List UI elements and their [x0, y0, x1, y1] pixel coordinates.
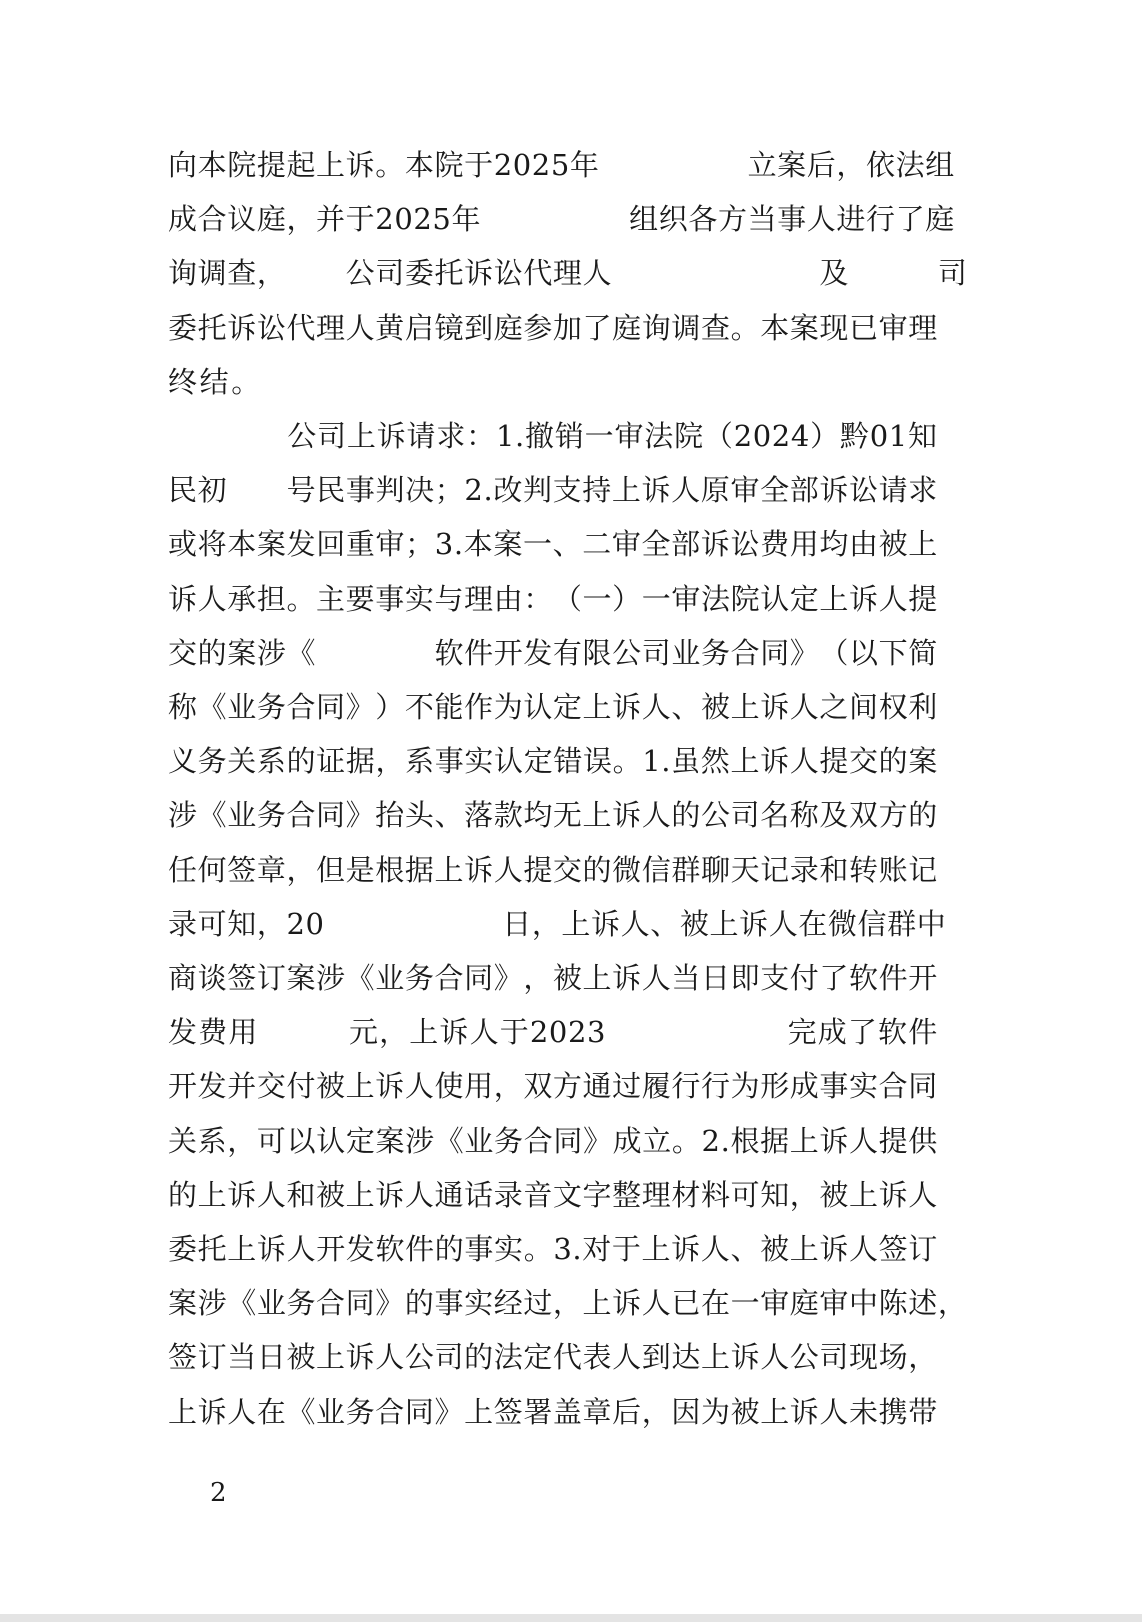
glyph: 了: [583, 308, 613, 348]
glyph: 被: [819, 1175, 849, 1215]
glyph: [405, 633, 435, 673]
glyph: 方: [718, 199, 748, 239]
glyph: [413, 904, 443, 944]
glyph: 诉: [227, 308, 257, 348]
glyph: 依: [866, 145, 896, 185]
glyph: 系: [405, 741, 435, 781]
glyph: ，: [257, 904, 287, 944]
glyph: [637, 1012, 667, 1052]
glyph: 诉: [819, 1229, 849, 1269]
glyph: 件: [908, 1012, 938, 1052]
glyph: 署: [523, 1392, 553, 1432]
glyph: 2025: [375, 199, 451, 239]
glyph: 行: [671, 1066, 701, 1106]
glyph: 诉: [819, 1121, 849, 1161]
glyph: [198, 416, 228, 456]
glyph: 的: [287, 741, 317, 781]
glyph: [879, 253, 909, 293]
glyph: 》: [346, 687, 376, 727]
glyph: 认: [760, 579, 790, 619]
glyph: 与: [434, 579, 464, 619]
glyph: 过: [612, 1066, 642, 1106]
glyph: [908, 253, 938, 293]
glyph: 委: [168, 308, 198, 348]
glyph: 实: [405, 579, 435, 619]
glyph: 履: [642, 1066, 672, 1106]
glyph: 知: [908, 416, 938, 456]
glyph: 人: [405, 1066, 435, 1106]
glyph: 上: [612, 470, 642, 510]
glyph: 》: [583, 1121, 613, 1161]
glyph: 天: [731, 850, 761, 890]
glyph: 审: [760, 1283, 790, 1323]
text-line: 委托诉讼代理人黄启镜到庭参加了庭询调查。本案现已审理: [168, 308, 938, 348]
glyph: [671, 253, 701, 293]
glyph: 诉: [760, 687, 790, 727]
glyph: 2024: [734, 416, 810, 456]
glyph: 业: [671, 633, 701, 673]
glyph: 不: [405, 687, 435, 727]
glyph: [697, 1012, 727, 1052]
glyph: 义: [168, 741, 198, 781]
glyph: 使: [434, 1066, 464, 1106]
glyph: 院: [674, 416, 704, 456]
glyph: 同: [464, 958, 494, 998]
glyph: 、: [434, 795, 464, 835]
text-line: 向本院提起上诉。本院于2025年 立案后，依法组: [168, 145, 938, 185]
glyph: 上: [316, 1337, 346, 1377]
glyph: 织: [659, 199, 689, 239]
glyph: 误: [583, 741, 613, 781]
glyph: ）: [612, 579, 642, 619]
glyph: 院: [227, 145, 257, 185]
glyph: 录: [494, 1175, 524, 1215]
glyph: 于: [500, 1012, 530, 1052]
glyph: 件: [405, 1229, 435, 1269]
glyph: 上: [409, 1012, 439, 1052]
glyph: 委: [168, 1229, 198, 1269]
glyph: ，: [553, 1283, 583, 1323]
glyph: [473, 904, 503, 944]
glyph: 担: [257, 579, 287, 619]
glyph: 理: [316, 308, 346, 348]
glyph: 合: [286, 687, 316, 727]
glyph: 委: [405, 253, 435, 293]
glyph: 进: [836, 199, 866, 239]
glyph: 以: [849, 633, 879, 673]
glyph: 交: [849, 741, 879, 781]
glyph: 达: [671, 1337, 701, 1377]
glyph: 签: [168, 1337, 198, 1377]
glyph: 起: [286, 145, 316, 185]
glyph: 上: [790, 1229, 820, 1269]
glyph: ，: [938, 1283, 968, 1323]
glyph: 判: [375, 470, 405, 510]
glyph: 聊: [701, 850, 731, 890]
glyph: 法: [494, 1337, 524, 1377]
glyph: 事: [375, 579, 405, 619]
glyph: 要: [346, 579, 376, 619]
glyph: 同: [316, 687, 346, 727]
glyph: 上: [198, 1175, 228, 1215]
glyph: 认: [316, 1121, 346, 1161]
glyph: 合: [731, 633, 761, 673]
glyph: 二: [582, 524, 612, 564]
glyph: 1.: [642, 741, 671, 781]
glyph: 务: [257, 795, 287, 835]
glyph: 参: [523, 308, 553, 348]
glyph: 组: [925, 145, 955, 185]
glyph: 组: [629, 199, 659, 239]
glyph: 回: [316, 524, 346, 564]
glyph: 定: [553, 687, 583, 727]
glyph: 初: [198, 470, 228, 510]
glyph: 本: [760, 308, 790, 348]
glyph: 因: [671, 1392, 701, 1432]
glyph: 原: [701, 470, 731, 510]
glyph: 中: [917, 904, 947, 944]
glyph: 行: [701, 1066, 731, 1106]
glyph: 有: [553, 633, 583, 673]
glyph: 交: [257, 1066, 287, 1106]
glyph: 务: [701, 633, 731, 673]
glyph: 调: [198, 253, 228, 293]
glyph: 人: [819, 1392, 849, 1432]
glyph: 人: [494, 850, 524, 890]
glyph: 托: [198, 1229, 228, 1269]
glyph: 被: [760, 1229, 790, 1269]
glyph: 》: [494, 958, 524, 998]
document-page: 向本院提起上诉。本院于2025年 立案后，依法组成合议庭，并于2025年 组织各…: [0, 0, 1142, 1614]
glyph: 的: [908, 795, 938, 835]
glyph: 上: [701, 1337, 731, 1377]
glyph: 镜: [434, 308, 464, 348]
glyph: 对: [582, 1229, 612, 1269]
glyph: 未: [849, 1392, 879, 1432]
glyph: 司: [731, 795, 761, 835]
glyph: 被: [731, 1392, 761, 1432]
glyph: 01: [870, 416, 908, 456]
glyph: 《: [435, 1121, 465, 1161]
glyph: 审: [819, 1283, 849, 1323]
glyph: [346, 633, 376, 673]
glyph: （: [704, 416, 734, 456]
glyph: 及: [819, 253, 849, 293]
glyph: 法: [701, 579, 731, 619]
glyph: 求: [436, 416, 466, 456]
glyph: 合: [375, 1392, 405, 1432]
glyph: ，: [286, 199, 316, 239]
glyph: 到: [464, 308, 494, 348]
glyph: 付: [790, 958, 820, 998]
glyph: 诉: [731, 1337, 761, 1377]
glyph: 2.: [464, 470, 493, 510]
text-line: 委托上诉人开发软件的事实。3.对于上诉人、被上诉人签订: [168, 1229, 938, 1269]
glyph: 订: [257, 958, 287, 998]
glyph: 完: [788, 1012, 818, 1052]
glyph: [540, 199, 570, 239]
glyph: 销: [555, 416, 585, 456]
glyph: 事: [434, 1283, 464, 1323]
glyph: ，: [494, 1066, 524, 1106]
glyph: 支: [553, 470, 583, 510]
glyph: 被: [553, 958, 583, 998]
glyph: 诉: [612, 687, 642, 727]
glyph: [257, 470, 287, 510]
glyph: 院: [731, 579, 761, 619]
text-line: 公司上诉请求：1.撤销一审法院（2024）黔01知: [168, 416, 938, 456]
glyph: 录: [790, 850, 820, 890]
glyph: 诉: [701, 524, 731, 564]
glyph: 《: [346, 958, 376, 998]
glyph: 人: [879, 579, 909, 619]
glyph: 诉: [198, 1392, 228, 1432]
glyph: 然: [701, 741, 731, 781]
glyph: [600, 145, 630, 185]
glyph: 同: [316, 795, 346, 835]
glyph: 讼: [849, 470, 879, 510]
glyph: ）: [810, 416, 840, 456]
glyph: 了: [896, 199, 926, 239]
glyph: 记: [760, 850, 790, 890]
glyph: 上: [908, 524, 938, 564]
text-line: 上诉人在《业务合同》上签署盖章后，因为被上诉人未携带: [168, 1392, 938, 1432]
glyph: 章: [257, 850, 287, 890]
glyph: 、: [553, 524, 583, 564]
glyph: 诉: [375, 1175, 405, 1215]
glyph: 终: [168, 362, 198, 402]
glyph: ，: [523, 958, 553, 998]
glyph: 的: [879, 741, 909, 781]
glyph: 庭: [257, 199, 287, 239]
glyph: 业: [464, 1121, 494, 1161]
glyph: 实: [494, 1229, 524, 1269]
glyph: 定: [790, 579, 820, 619]
glyph: 一: [731, 1283, 761, 1323]
glyph: 中: [849, 1283, 879, 1323]
glyph: 日: [701, 958, 731, 998]
glyph: 将: [198, 524, 228, 564]
glyph: 、: [650, 904, 680, 944]
glyph: [629, 145, 659, 185]
glyph: 启: [405, 308, 435, 348]
glyph: 事: [346, 470, 376, 510]
glyph: 可: [198, 904, 228, 944]
glyph: 上: [849, 1175, 879, 1215]
glyph: 上: [464, 1392, 494, 1432]
glyph: 上: [583, 795, 613, 835]
text-line: 开发并交付被上诉人使用，双方通过履行行为形成事实合同: [168, 1066, 938, 1106]
glyph: 。: [731, 308, 761, 348]
glyph: 调: [671, 308, 701, 348]
glyph: 查: [227, 253, 257, 293]
glyph: 无: [553, 795, 583, 835]
glyph: 诉: [790, 1392, 820, 1432]
glyph: 理: [908, 308, 938, 348]
glyph: 上: [316, 145, 346, 185]
glyph: 议: [227, 199, 257, 239]
text-line: 或将本案发回重审；3.本案一、二审全部诉讼费用均由被上: [168, 524, 938, 564]
glyph: 根: [730, 1121, 760, 1161]
glyph: 已: [849, 308, 879, 348]
glyph: 称: [790, 795, 820, 835]
glyph: 付: [286, 1066, 316, 1106]
glyph: 全: [760, 470, 790, 510]
glyph: 或: [168, 524, 198, 564]
glyph: 上: [583, 958, 613, 998]
glyph: 务: [405, 958, 435, 998]
glyph: 承: [227, 579, 257, 619]
glyph: 司: [642, 633, 672, 673]
viewer-bottom-edge: [0, 1614, 1142, 1622]
glyph: [286, 253, 316, 293]
glyph: ，: [532, 904, 562, 944]
glyph: 提: [523, 850, 553, 890]
glyph: 当: [227, 1337, 257, 1377]
glyph: 立: [748, 145, 778, 185]
glyph: 字: [583, 1175, 613, 1215]
glyph: 业: [375, 958, 405, 998]
glyph: 据: [346, 741, 376, 781]
glyph: 转: [849, 850, 879, 890]
glyph: 诉: [375, 1066, 405, 1106]
glyph: 形: [760, 1066, 790, 1106]
glyph: 结: [200, 362, 230, 402]
glyph: 定: [524, 741, 554, 781]
glyph: 信: [858, 904, 888, 944]
text-line: 诉人承担。主要事实与理由：（一）一审法院认定上诉人提: [168, 579, 938, 619]
glyph: 方: [553, 1066, 583, 1106]
glyph: [375, 633, 405, 673]
glyph: 改: [493, 470, 523, 510]
glyph: 章: [583, 1392, 613, 1432]
glyph: 司: [819, 1337, 849, 1377]
glyph: 作: [464, 687, 494, 727]
glyph: 提: [879, 1121, 909, 1161]
glyph: 人: [405, 1175, 435, 1215]
glyph: 由: [494, 579, 524, 619]
glyph: 整: [612, 1175, 642, 1215]
glyph: 关: [227, 741, 257, 781]
glyph: 诉: [464, 850, 494, 890]
glyph: 上: [346, 1066, 376, 1106]
glyph: 间: [849, 687, 879, 727]
glyph: 审: [375, 524, 405, 564]
glyph: 到: [642, 1337, 672, 1377]
glyph: 持: [582, 470, 612, 510]
glyph: 软: [849, 958, 879, 998]
glyph: 用: [790, 524, 820, 564]
glyph: 文: [553, 1175, 583, 1215]
glyph: 诉: [612, 795, 642, 835]
glyph: 成: [790, 1066, 820, 1106]
glyph: ，: [836, 145, 866, 185]
glyph: 黔: [840, 416, 870, 456]
text-line: 称《业务合同》）不能作为认定上诉人、被上诉人之间权利: [168, 687, 938, 727]
glyph: 院: [434, 145, 464, 185]
glyph: 同: [760, 633, 790, 673]
glyph: [316, 633, 346, 673]
glyph: 庭: [612, 308, 642, 348]
glyph: 撤: [525, 416, 555, 456]
glyph: 发: [346, 1229, 376, 1269]
glyph: 部: [671, 524, 701, 564]
glyph: 人: [198, 579, 228, 619]
glyph: 。: [672, 1121, 702, 1161]
glyph: 业: [227, 795, 257, 835]
text-line: 义务关系的证据，系事实认定错误。1.虽然上诉人提交的案: [168, 741, 938, 781]
glyph: 。: [231, 362, 261, 402]
glyph: 签: [494, 1392, 524, 1432]
glyph: [642, 253, 672, 293]
glyph: 诉: [591, 904, 621, 944]
glyph: 讼: [730, 524, 760, 564]
glyph: 据: [405, 850, 435, 890]
glyph: 合: [316, 1283, 346, 1323]
glyph: 支: [760, 958, 790, 998]
glyph: 公: [790, 1337, 820, 1377]
glyph: 诉: [612, 958, 642, 998]
glyph: 交: [168, 633, 198, 673]
glyph: 均: [819, 524, 849, 564]
glyph: 判: [523, 470, 553, 510]
glyph: 《: [198, 795, 228, 835]
glyph: 诉: [346, 1337, 376, 1377]
glyph: 一: [585, 416, 615, 456]
glyph: [600, 199, 630, 239]
glyph: 加: [553, 308, 583, 348]
glyph: 诉: [377, 416, 407, 456]
glyph: 案: [168, 1283, 198, 1323]
glyph: 司: [938, 253, 968, 293]
text-line: 签订当日被上诉人公司的法定代表人到达上诉人公司现场，: [168, 1337, 938, 1377]
glyph: 交: [553, 850, 583, 890]
glyph: 陈: [879, 1283, 909, 1323]
text-line: 终结。: [168, 362, 938, 402]
glyph: 《: [286, 1392, 316, 1432]
glyph: 诉: [760, 741, 790, 781]
glyph: 务: [198, 741, 228, 781]
glyph: 人: [612, 1337, 642, 1377]
glyph: 元: [349, 1012, 379, 1052]
glyph: 开: [316, 1229, 346, 1269]
glyph: 司: [434, 1337, 464, 1377]
glyph: 录: [168, 904, 198, 944]
glyph: 诉: [671, 1229, 701, 1269]
glyph: 款: [494, 795, 524, 835]
glyph: [607, 1012, 637, 1052]
glyph: [227, 470, 257, 510]
glyph: 落: [464, 795, 494, 835]
glyph: 年: [451, 199, 481, 239]
glyph: （: [819, 633, 849, 673]
glyph: 的: [671, 795, 701, 835]
glyph: 日: [502, 904, 532, 944]
glyph: 诉: [346, 145, 376, 185]
glyph: 发: [198, 1066, 228, 1106]
glyph: 虽: [671, 741, 701, 781]
glyph: 携: [879, 1392, 909, 1432]
glyph: 认: [494, 741, 524, 781]
glyph: [384, 904, 414, 944]
glyph: 审: [614, 416, 644, 456]
glyph: 实: [849, 1066, 879, 1106]
glyph: 现: [819, 308, 849, 348]
glyph: 查: [701, 308, 731, 348]
glyph: 号: [287, 470, 317, 510]
glyph: [760, 253, 790, 293]
glyph: 费: [198, 1012, 228, 1052]
